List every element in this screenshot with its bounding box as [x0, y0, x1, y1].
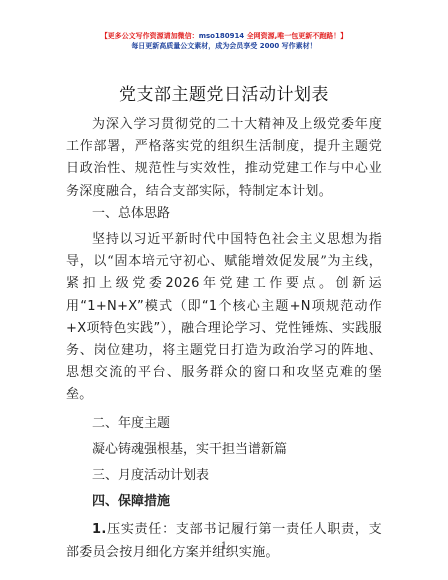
item-number: 1.: [92, 522, 107, 537]
section-heading-overall: 一、总体思路: [66, 203, 382, 225]
section-heading-annual-theme: 二、年度主题: [66, 413, 382, 435]
promo-text-right: 全网资源,唯一包更新不跑路！】: [244, 32, 347, 40]
intro-paragraph: 为深入学习贯彻党的二十大精神及上级党委年度工作部署，严格落实党的组织生活制度，提…: [66, 114, 382, 203]
promo-banner-line2: 每日更新高质量公文素材，成为会员享受 2000 写作素材！: [0, 41, 448, 51]
page-number: 1: [0, 541, 448, 552]
year-value: 2026: [165, 276, 199, 291]
annual-theme-text: 凝心铸魂强根基，实干担当谱新篇: [66, 439, 382, 461]
promo-wechat-id: mso180914: [199, 32, 245, 40]
promo-banner-line1: 【更多公文写作资源请加微信：mso180914 全网资源,唯一包更新不跑路！】: [0, 31, 448, 41]
section-heading-monthly-plan: 三、月度活动计划表: [66, 465, 382, 487]
section-heading-safeguards: 四、保障措施: [66, 491, 382, 513]
overall-paragraph: 坚持以习近平新时代中国特色社会主义思想为指导，以“固本培元守初心、赋能增效促发展…: [66, 229, 382, 407]
document-title: 党支部主题党日活动计划表: [0, 80, 448, 105]
promo-text-left: 【更多公文写作资源请加微信：: [101, 32, 199, 40]
document-body: 为深入学习贯彻党的二十大精神及上级党委年度工作部署，严格落实党的组织生活制度，提…: [66, 114, 382, 564]
